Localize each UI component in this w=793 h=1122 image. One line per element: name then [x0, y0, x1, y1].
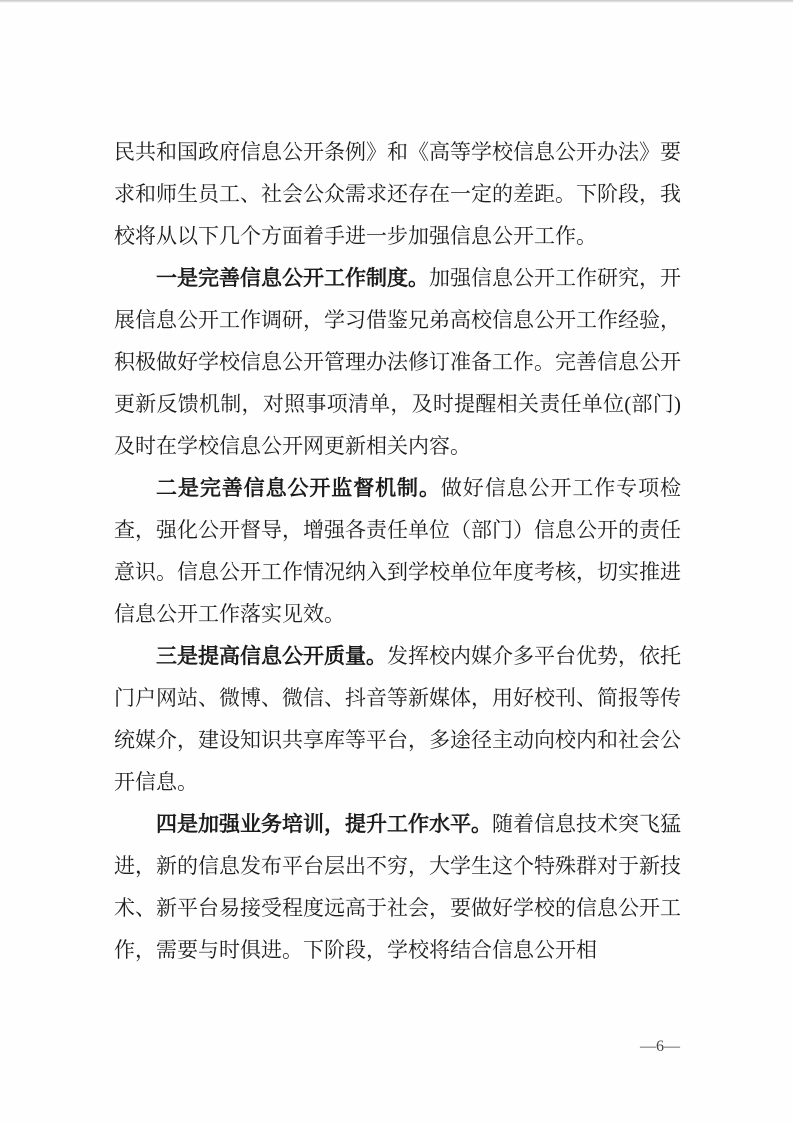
document-body: 民共和国政府信息公开条例》和《高等学校信息公开办法》要求和师生员工、社会公众需求… — [114, 131, 681, 971]
paragraph: 民共和国政府信息公开条例》和《高等学校信息公开办法》要求和师生员工、社会公众需求… — [114, 131, 681, 257]
paragraph: 三是提高信息公开质量。发挥校内媒介多平台优势，依托门户网站、微博、微信、抖音等新… — [114, 635, 681, 803]
document-page: 民共和国政府信息公开条例》和《高等学校信息公开办法》要求和师生员工、社会公众需求… — [0, 0, 793, 1122]
paragraph-text: 民共和国政府信息公开条例》和《高等学校信息公开办法》要求和师生员工、社会公众需求… — [114, 140, 681, 248]
paragraph-lead: 一是完善信息公开工作制度。 — [156, 266, 429, 290]
paragraph-lead: 三是提高信息公开质量。 — [156, 644, 387, 668]
paragraph: 二是完善信息公开监督机制。做好信息公开工作专项检查，强化公开督导，增强各责任单位… — [114, 467, 681, 635]
paragraph-lead: 二是完善信息公开监督机制。 — [156, 476, 441, 500]
page-number: —6— — [630, 1036, 690, 1058]
paragraph: 一是完善信息公开工作制度。加强信息公开工作研究，开展信息公开工作调研，学习借鉴兄… — [114, 257, 681, 467]
paragraph-lead: 四是加强业务培训，提升工作水平。 — [156, 812, 492, 836]
paragraph: 四是加强业务培训，提升工作水平。随着信息技术突飞猛进，新的信息发布平台层出不穷，… — [114, 803, 681, 971]
paragraph-text: 加强信息公开工作研究，开展信息公开工作调研，学习借鉴兄弟高校信息公开工作经验，积… — [114, 266, 681, 458]
scan-edge — [0, 0, 793, 3]
